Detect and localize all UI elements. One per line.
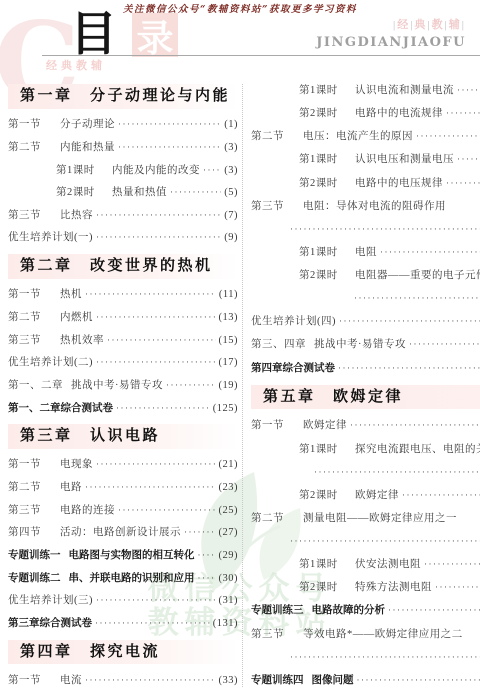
brand-block: |经|典|教|辅| JINGDIANJIAOFU [316,16,466,50]
toc-entry-title: 欧姆定律 [355,489,399,502]
toc-entry: 第三节电路的连接································… [8,504,238,517]
header-promo-note: 关注微信公众号“教辅资料站”获取更多学习资料 [0,1,480,15]
toc-entry: 第一节热机···································… [8,288,238,301]
toc-entry-title: 第一、二章综合测试卷 [8,402,113,415]
toc-entry-page: (33) [219,674,239,687]
dot-leader: ········································… [107,335,216,346]
toc-entry-title: 第四章综合测试卷 [251,362,335,375]
column-divider [242,84,243,687]
toc-entry-page: (1) [224,118,238,131]
toc-entry-page: (15) [219,334,239,347]
toc-entry-title: 热量和热值 [112,186,167,199]
toc-entry-page: (13) [219,311,239,324]
toc-entry-page: (21) [219,458,239,471]
toc-entry: 第1课时伏安法测电阻······························… [251,558,480,571]
dot-leader: ········································… [388,605,480,616]
dot-leader: ········································… [118,119,221,130]
brand-char: 辅 [449,19,462,31]
toc-entry-title: 等效电路*——欧姆定律应用之二 [303,628,463,641]
toc-chapter-heading: 第二章 改变世界的热机 [8,254,238,279]
brand-romanized: JINGDIANJIAOFU [316,35,466,50]
toc-entry: 专题训练二串、并联电路的识别和应用·······················… [8,572,238,585]
toc-entry-title: 探究电流跟电压、电阻的关系 [355,443,480,456]
toc-entry-label: 第三节 [251,200,295,213]
toc-entry-label: 第1课时 [299,443,347,456]
dot-leader: ········································… [96,312,216,323]
toc-entry-title: 比热容 [60,209,93,222]
toc-entry-label: 第2课时 [299,177,347,190]
toc-entry-page: (3) [224,141,238,154]
toc-entry-continuation: ········································… [251,535,480,548]
toc-entry-title: 内燃机 [60,311,93,324]
toc-entry-label: 第一节 [8,118,52,131]
toc-entry-label: 第三节 [8,334,52,347]
toc-entry-title: 电路中的电压规律 [355,177,443,190]
toc-entry-title: 第三章综合测试卷 [8,617,92,630]
toc-entry: 第一节分子动理论································… [8,118,238,131]
dot-leader: ········································… [290,652,480,663]
toc-entry-continuation: ········································… [251,651,480,664]
toc-page: 关注微信公众号“教辅资料站”获取更多学习资料 C 录 目 经典教辅 |经|典|教… [0,0,480,692]
toc-entry: 优生培养计划(四)·······························… [251,315,480,328]
toc-entry-title: 挑战中考·易错专攻 [71,379,163,392]
toc-entry: 第三节等效电路*——欧姆定律应用之二 [251,628,480,641]
dot-leader: ········································… [446,178,480,189]
toc-chapter-heading: 第一章 分子动理论与内能 [8,84,238,109]
dot-leader: ········································… [170,187,221,198]
toc-entry-title: 挑战中考·易错专攻 [314,338,406,351]
toc-entry-continuation: ········································… [251,223,480,236]
toc-entry: 第1课时探究电流跟电压、电阻的关系 [251,443,480,456]
toc-entry-label: 第一节 [8,288,52,301]
toc-entry-title: 欧姆定律 [303,419,347,432]
toc-entry: 第三节比热容··································… [8,209,238,222]
dot-leader: ········································… [198,550,216,561]
dot-leader: ········································… [416,131,480,142]
toc-entry-label: 第三节 [8,209,52,222]
dot-leader: ········································… [203,165,221,176]
toc-entry: 第二节电路···································… [8,481,238,494]
toc-entry: 第一节电现象··································… [8,458,238,471]
toc-entry: 优生培养计划(二)·······························… [8,356,238,369]
toc-entry-title: 测量电阻——欧姆定律应用之一 [303,512,457,525]
toc-entry: 第四节活动：电路创新设计展示··························… [8,526,238,539]
toc-entry: 第2课时电路中的电压规律····························… [251,177,480,190]
toc-entry-page: (25) [219,504,239,517]
toc-entry: 第1课时内能及内能的改变····························… [8,164,238,177]
toc-entry: 专题训练三电路故障的分析····························… [251,604,480,617]
toc-entry-label: 第二节 [8,481,52,494]
toc-chapter-heading: 第五章 欧姆定律 [251,385,480,410]
toc-entry-page: (27) [219,526,239,539]
toc-entry-title: 特殊方法测电阻 [355,581,432,594]
toc-entry-page: (31) [219,594,239,607]
toc-entry: 第2课时电路中的电流规律····························… [251,107,480,120]
toc-entry: 第1课时认识电流和测量电流···························… [251,84,480,97]
dot-leader: ········································… [85,289,216,300]
dot-leader: ········································… [380,247,480,258]
toc-entry: 第2课时特殊方法测电阻·····························… [251,581,480,594]
toc-entry: 第二节内燃机··································… [8,311,238,324]
dot-leader: ········································… [357,675,480,686]
toc-entry-page: (30) [219,572,239,585]
toc-entry-label: 第2课时 [299,107,347,120]
dot-leader: ········································… [402,490,480,501]
toc-entry-label: 专题训练四 [251,674,304,687]
toc-entry: 第一、二章挑战中考·易错专攻··························… [8,379,238,392]
toc-column-left: 第一章 分子动理论与内能第一节分子动理论····················… [8,84,238,687]
dot-leader: ········································… [409,339,480,350]
toc-entry-page: (11) [219,288,238,301]
toc-entry-title: 电阻 [355,246,377,259]
toc-column-right: 第1课时认识电流和测量电流···························… [246,84,480,687]
toc-entry-page: (29) [219,549,239,562]
toc-entry: 第二节测量电阻——欧姆定律应用之一 [251,512,480,525]
toc-entry-label: 专题训练二 [8,572,61,585]
header-divider-line [42,55,480,56]
toc-entry: 优生培养计划(三)·······························… [8,594,238,607]
dot-leader: ········································… [118,142,221,153]
page-title-char-mu: 目 [70,10,117,57]
toc-entry: 第一节电流···································… [8,674,238,687]
dot-leader: ········································… [85,482,216,493]
dot-leader: ········································… [96,232,221,243]
toc-entry-label: 第四节 [8,526,52,539]
toc-entry-label: 第一节 [8,674,52,687]
toc-entry-label: 第一、二章 [8,379,63,392]
toc-entry: 专题训练一电路图与实物图的相互转化·······················… [8,549,238,562]
toc-entry-title: 串、并联电路的识别和应用 [69,572,195,585]
toc-entry-label: 第1课时 [299,246,347,259]
toc-entry: 第2课时欧姆定律································… [251,489,480,502]
dot-leader: ········································… [184,527,216,538]
toc-entry-page: (23) [219,481,239,494]
toc-entry-label: 专题训练三 [251,604,304,617]
toc-entry-title: 认识电流和测量电流 [355,84,454,97]
toc-entry-title: 热机效率 [60,334,104,347]
toc-entry: 第二节内能和热量································… [8,141,238,154]
toc-entry-label: 第1课时 [299,84,347,97]
dot-leader: ········································… [457,154,480,165]
toc-entry: 第一、二章综合测试卷······························… [8,402,238,415]
toc-entry: 第三节电阻：导体对电流的阻碍作用 [251,200,480,213]
toc-entry-title: 优生培养计划(一) [8,231,93,244]
dot-leader: ········································… [116,403,210,414]
toc-entry-title: 电路的连接 [60,504,115,517]
toc-chapter-heading: 第四章 探究电流 [8,640,238,665]
toc-entry: 第1课时认识电压和测量电压···························… [251,153,480,166]
toc-entry: 第一节欧姆定律·································… [251,419,480,432]
toc-chapter-heading: 第三章 认识电路 [8,424,238,449]
dot-leader: ········································… [290,536,480,547]
toc-entry-title: 优生培养计划(三) [8,594,93,607]
toc-entry-title: 电压：电流产生的原因 [303,130,413,143]
toc-entry: 第三、四章挑战中考·易错专攻··························… [251,338,480,351]
toc-entry-page: (131) [213,617,238,630]
toc-entry-label: 专题训练一 [8,549,61,562]
toc-columns: 第一章 分子动理论与内能第一节分子动理论····················… [8,84,478,687]
dot-leader: ········································… [85,675,216,686]
toc-entry-label: 第一节 [8,458,52,471]
brand-char: 经 [397,19,410,31]
toc-entry-continuation: ········································… [251,292,480,305]
toc-entry-title: 电路 [60,481,82,494]
toc-entry: 第四章综合测试卷································… [251,362,480,375]
toc-entry-title: 电阻器——重要的电子元件 [355,269,480,282]
toc-entry-title: 伏安法测电阻 [355,558,421,571]
toc-entry-label: 第三节 [8,504,52,517]
brand-char: 教 [432,19,445,31]
toc-entry-title: 优生培养计划(四) [251,315,336,328]
toc-entry: 第三章综合测试卷································… [8,617,238,630]
toc-entry-title: 内能及内能的改变 [112,164,200,177]
toc-entry-page: (125) [213,402,238,415]
toc-entry-label: 第二节 [251,130,295,143]
dot-leader: ········································… [350,420,480,431]
toc-entry: 第2课时热量和热值·······························… [8,186,238,199]
dot-leader: ········································… [96,357,216,368]
toc-entry-title: 内能和热量 [60,141,115,154]
toc-entry-page: (3) [224,164,238,177]
dot-leader: ········································… [96,210,221,221]
toc-entry-label: 第2课时 [299,581,347,594]
brand-char: 典 [414,19,427,31]
toc-entry: 第三节热机效率·································… [8,334,238,347]
toc-entry-title: 分子动理论 [60,118,115,131]
dot-leader: ········································… [96,595,216,606]
dot-leader: ········································… [457,85,480,96]
toc-entry-label: 第二节 [251,512,295,525]
dot-leader: ········································… [198,573,216,584]
toc-entry-page: (17) [219,356,239,369]
toc-entry-label: 第二节 [8,311,52,324]
dot-leader: ········································… [446,108,480,119]
dot-leader: ········································… [96,459,216,470]
toc-entry-title: 认识电压和测量电压 [355,153,454,166]
toc-entry-title: 优生培养计划(二) [8,356,93,369]
dot-leader: ········································… [290,224,480,235]
dot-leader: ········································… [314,467,480,478]
toc-entry-title: 电流 [60,674,82,687]
toc-entry-label: 第2课时 [299,269,347,282]
toc-entry-label: 第一节 [251,419,295,432]
toc-entry-label: 第三、四章 [251,338,306,351]
toc-entry-label: 第二节 [8,141,52,154]
toc-entry-continuation: ········································… [251,466,480,479]
toc-entry: 第1课时电阻··································… [251,246,480,259]
toc-entry-title: 电现象 [60,458,93,471]
dot-leader: ········································… [339,316,480,327]
dot-leader: ········································… [354,293,480,304]
toc-entry-title: 图像问题 [312,674,354,687]
toc-entry-label: 第2课时 [56,186,104,199]
toc-entry: 专题训练四图像问题·······························… [251,674,480,687]
toc-entry-title: 电阻：导体对电流的阻碍作用 [303,200,446,213]
toc-entry-label: 第1课时 [299,153,347,166]
toc-entry-label: 第1课时 [299,558,347,571]
toc-entry-label: 第2课时 [299,489,347,502]
toc-entry-label: 第1课时 [56,164,104,177]
toc-entry: 第2课时电阻器——重要的电子元件 [251,269,480,282]
toc-entry-title: 电路故障的分析 [312,604,386,617]
dot-leader: ········································… [118,505,216,516]
toc-entry-page: (9) [224,231,238,244]
toc-entry-page: (7) [224,209,238,222]
dot-leader: ········································… [338,363,480,374]
dot-leader: ········································… [435,582,480,593]
brand-characters: |经|典|教|辅| [316,16,466,32]
toc-entry-page: (19) [219,379,239,392]
page-title-char-lu: 录 [132,13,178,57]
toc-entry-title: 热机 [60,288,82,301]
toc-entry-title: 活动：电路创新设计展示 [60,526,181,539]
dot-leader: ········································… [95,618,210,629]
toc-entry-label: 第三节 [251,628,295,641]
toc-entry-page: (5) [224,186,238,199]
toc-entry-title: 电路图与实物图的相互转化 [69,549,195,562]
toc-entry: 优生培养计划(一)·······························… [8,231,238,244]
toc-entry-title: 电路中的电流规律 [355,107,443,120]
dot-leader: ········································… [424,559,480,570]
toc-entry: 第二节电压：电流产生的原因···························… [251,130,480,143]
dot-leader: ········································… [166,380,216,391]
